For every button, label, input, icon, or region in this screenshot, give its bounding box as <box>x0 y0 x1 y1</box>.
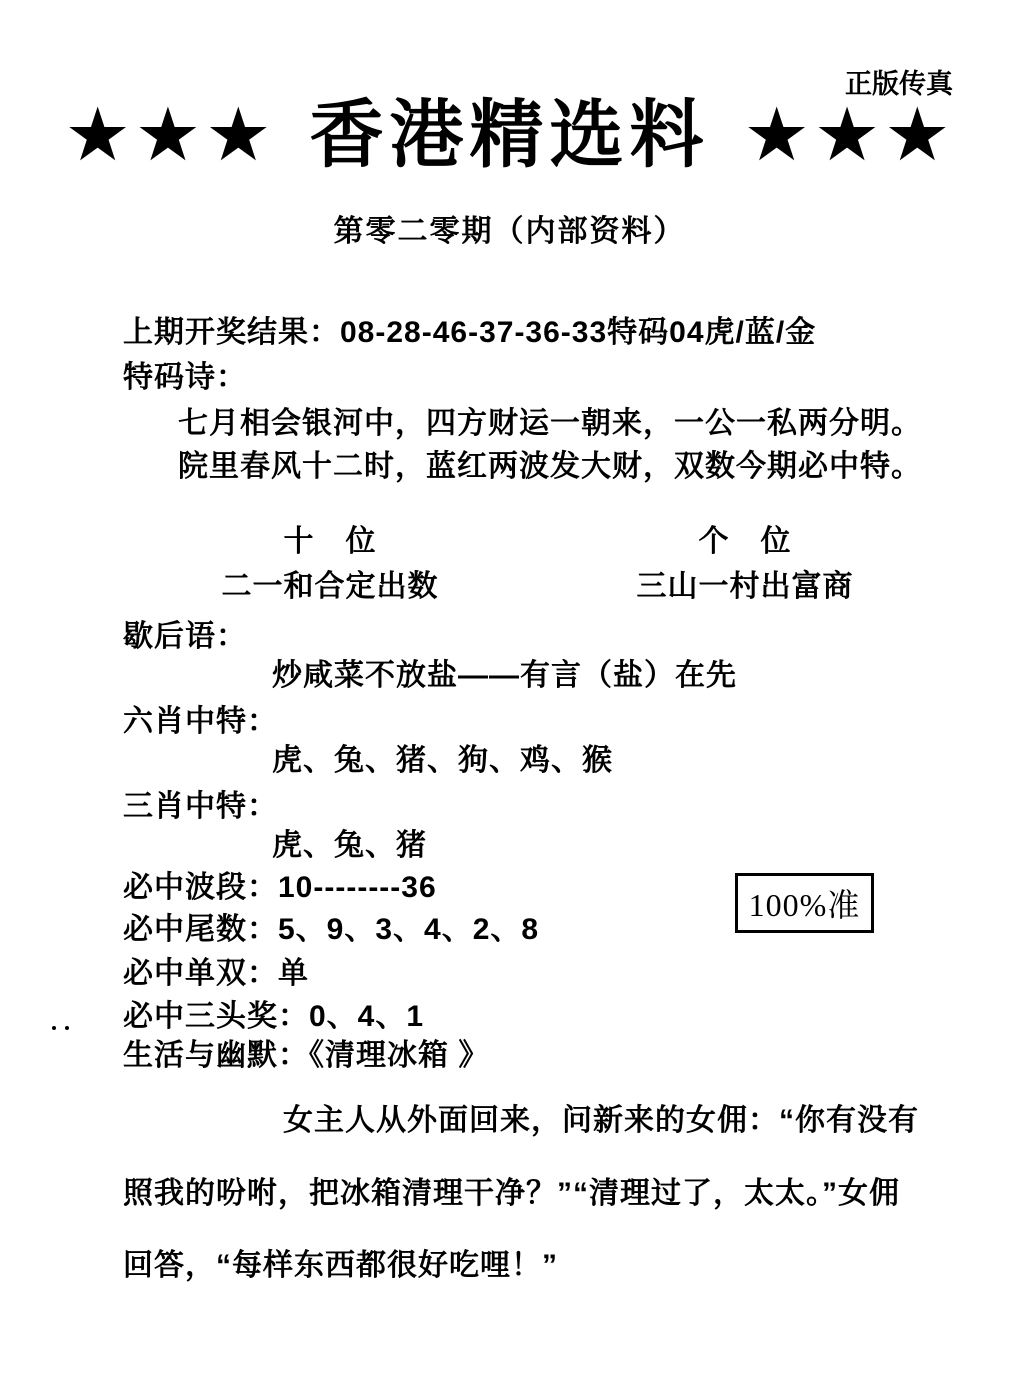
humor-line-2: 照我的吩咐，把冰箱清理干净？”“清理过了，太太。”女佣 <box>123 1168 900 1212</box>
pick-row: 必中尾数：5、9、3、4、2、8 <box>123 904 539 948</box>
issue-subtitle: 第零二零期（内部资料） <box>0 206 1019 250</box>
poem-line-1: 七月相会银河中，四方财运一朝来，一公一私两分明。 <box>178 398 922 442</box>
pick-label: 必中单双： <box>123 957 278 990</box>
last-draw-result: 上期开奖结果：08-28-46-37-36-33特码04虎/蓝/金 <box>123 307 816 351</box>
ink-dot <box>65 1026 69 1030</box>
pick-row: 生活与幽默：《清理冰箱 》 <box>123 1030 489 1074</box>
pick-value: 《清理冰箱 》 <box>309 1039 489 1072</box>
units-digit-header: 个 位 <box>540 516 950 560</box>
ink-dot <box>52 1026 56 1030</box>
pick-value: 单 <box>278 957 309 990</box>
pick-label: 生活与幽默： <box>123 1039 309 1072</box>
pick-value: 0、4、1 <box>309 1000 424 1033</box>
three-zodiac-text: 虎、兔、猪 <box>272 820 427 864</box>
tens-digit-phrase: 二一和合定出数 <box>125 561 535 605</box>
pick-label: 必中尾数： <box>123 913 278 946</box>
units-digit-phrase: 三山一村出富商 <box>540 561 950 605</box>
riddle-label: 歇后语： <box>123 611 247 655</box>
pick-row: 必中三头奖：0、4、1 <box>123 991 424 1035</box>
stars-left-icon: ★★★ <box>64 98 275 172</box>
pick-row: 必中单双：单 <box>123 948 309 992</box>
pick-label: 必中波段： <box>123 871 278 904</box>
accuracy-stamp: 100%准 <box>735 873 874 933</box>
fax-document-page: 正版传真 ★★★ 香港精选料 ★★★ 第零二零期（内部资料） 上期开奖结果：08… <box>0 0 1019 1388</box>
page-title: 香港精选料 <box>310 92 710 177</box>
humor-line-1: 女主人从外面回来，问新来的女佣：“你有没有 <box>283 1095 919 1139</box>
pick-value: 10--------36 <box>278 871 437 904</box>
tens-digit-header: 十 位 <box>125 516 535 560</box>
title-row: ★★★ 香港精选料 ★★★ <box>0 92 1019 177</box>
pick-row: 必中波段：10--------36 <box>123 862 437 906</box>
poem-line-2: 院里春风十二时，蓝红两波发大财，双数今期必中特。 <box>178 441 922 485</box>
pick-value: 5、9、3、4、2、8 <box>278 913 539 946</box>
three-zodiac-label: 三肖中特： <box>123 781 278 825</box>
pick-label: 必中三头奖： <box>123 1000 309 1033</box>
riddle-text: 炒咸菜不放盐——有言（盐）在先 <box>272 650 737 694</box>
stars-right-icon: ★★★ <box>744 98 955 172</box>
ink-dots-artifact <box>52 1026 69 1030</box>
humor-line-3: 回答，“每样东西都很好吃哩！” <box>123 1240 558 1284</box>
six-zodiac-label: 六肖中特： <box>123 696 278 740</box>
six-zodiac-text: 虎、兔、猪、狗、鸡、猴 <box>272 735 613 779</box>
poem-label: 特码诗： <box>123 352 247 396</box>
